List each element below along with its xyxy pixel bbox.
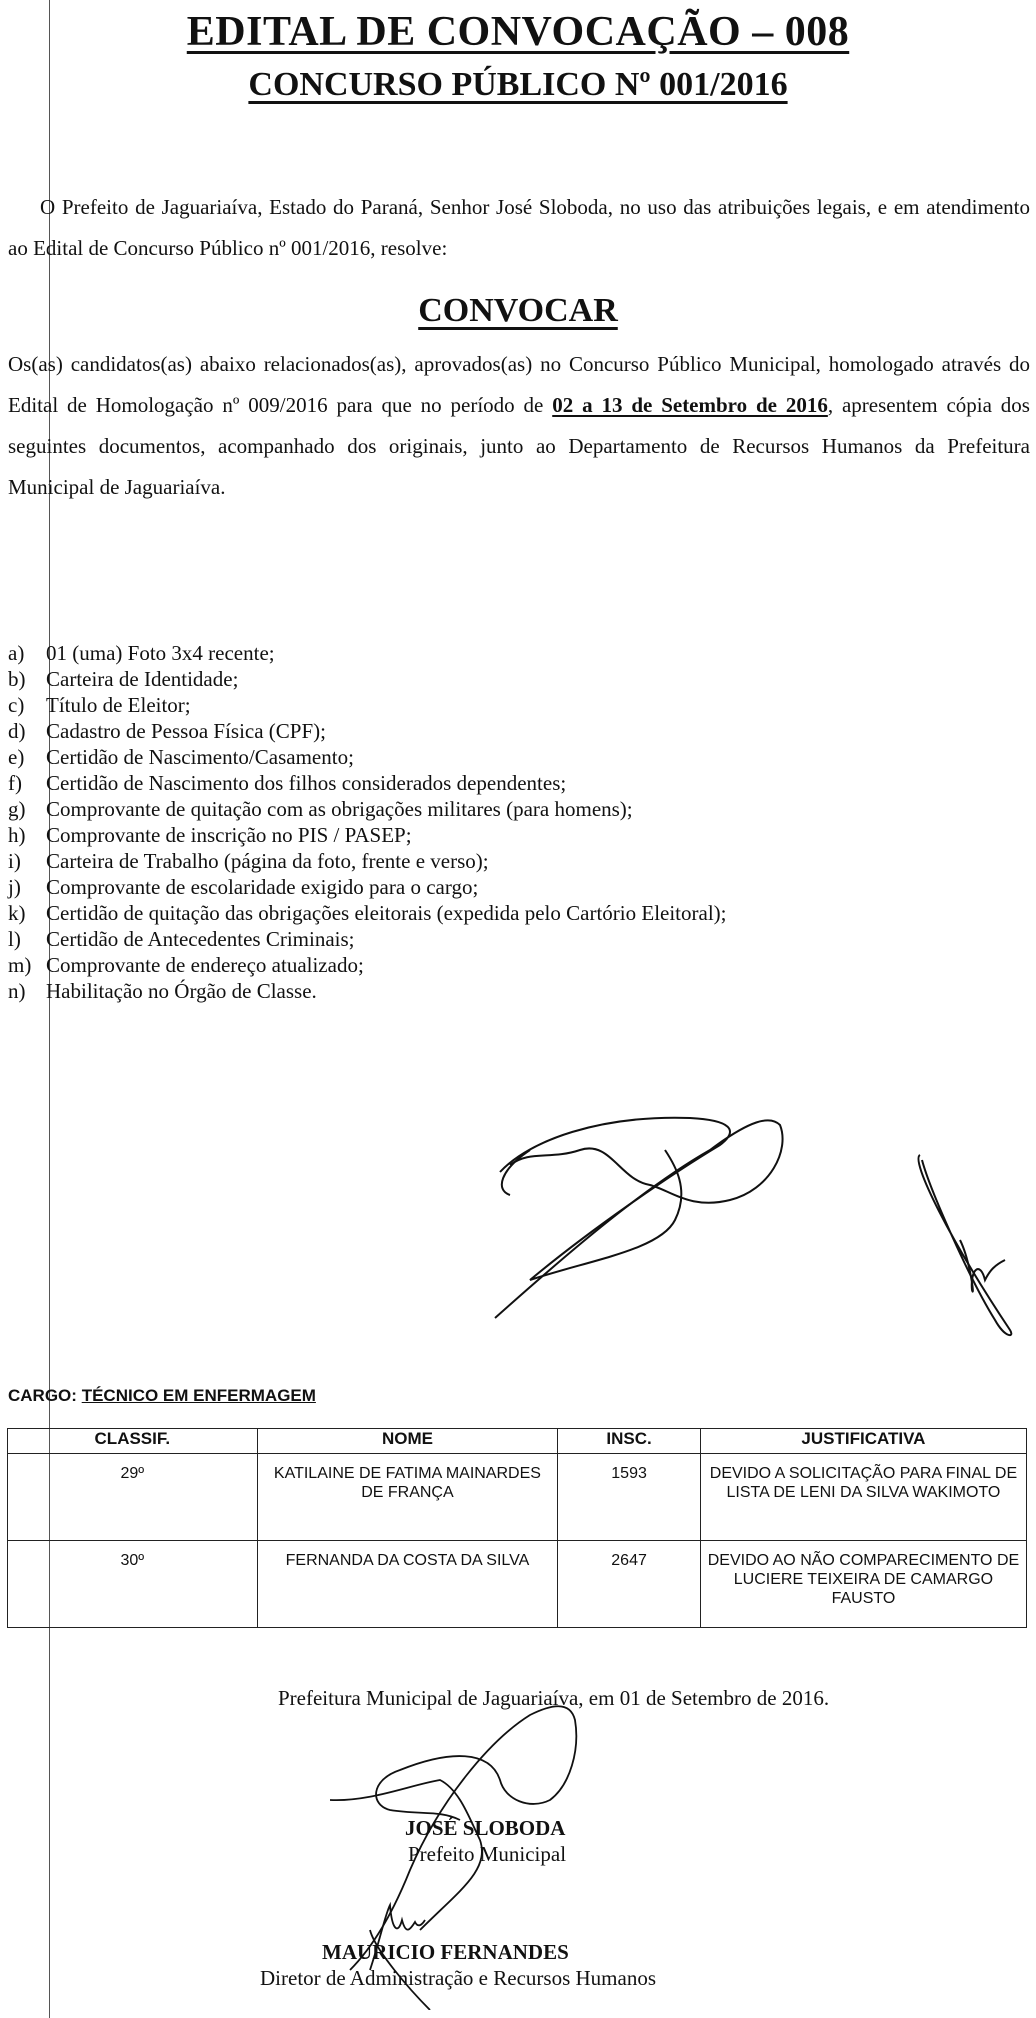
document-subtitle: CONCURSO PÚBLICO Nº 001/2016 bbox=[0, 66, 1036, 104]
signer1-role: Prefeito Municipal bbox=[408, 1842, 566, 1867]
list-item: g)Comprovante de quitação com as obrigaç… bbox=[8, 796, 727, 822]
list-item: b)Carteira de Identidade; bbox=[8, 666, 727, 692]
candidates-table: CLASSIF. NOME INSC. JUSTIFICATIVA 29º KA… bbox=[7, 1428, 1027, 1628]
list-item: m)Comprovante de endereço atualizado; bbox=[8, 952, 727, 978]
signature-mark-1 bbox=[470, 1090, 800, 1340]
signer2-name: MAURICIO FERNANDES bbox=[322, 1940, 569, 1965]
table-row: 29º KATILAINE DE FATIMA MAINARDES DE FRA… bbox=[8, 1454, 1027, 1541]
signer2-role: Diretor de Administração e Recursos Huma… bbox=[260, 1966, 656, 1991]
list-item: h)Comprovante de inscrição no PIS / PASE… bbox=[8, 822, 727, 848]
body-paragraph: Os(as) candidatos(as) abaixo relacionado… bbox=[8, 344, 1030, 508]
table-row: 30º FERNANDA DA COSTA DA SILVA 2647 DEVI… bbox=[8, 1541, 1027, 1628]
col-nome: NOME bbox=[257, 1429, 558, 1454]
list-item: l)Certidão de Antecedentes Criminais; bbox=[8, 926, 727, 952]
signature-mark-2 bbox=[910, 1150, 1020, 1340]
col-justificativa: JUSTIFICATIVA bbox=[700, 1429, 1026, 1454]
cargo-value: TÉCNICO EM ENFERMAGEM bbox=[82, 1386, 316, 1405]
period-highlight: 02 a 13 de Setembro de 2016 bbox=[552, 393, 828, 417]
list-item: e)Certidão de Nascimento/Casamento; bbox=[8, 744, 727, 770]
documents-list: a)01 (uma) Foto 3x4 recente; b)Carteira … bbox=[8, 640, 727, 1004]
list-item: d)Cadastro de Pessoa Física (CPF); bbox=[8, 718, 727, 744]
action-heading: CONVOCAR bbox=[0, 292, 1036, 330]
cargo-line: CARGO: TÉCNICO EM ENFERMAGEM bbox=[8, 1386, 316, 1406]
list-item: n)Habilitação no Órgão de Classe. bbox=[8, 978, 727, 1004]
list-item: c)Título de Eleitor; bbox=[8, 692, 727, 718]
list-item: a)01 (uma) Foto 3x4 recente; bbox=[8, 640, 727, 666]
list-item: i)Carteira de Trabalho (página da foto, … bbox=[8, 848, 727, 874]
col-insc: INSC. bbox=[558, 1429, 701, 1454]
intro-paragraph: O Prefeito de Jaguariaíva, Estado do Par… bbox=[8, 187, 1030, 269]
list-item: j)Comprovante de escolaridade exigido pa… bbox=[8, 874, 727, 900]
document-title: EDITAL DE CONVOCAÇÃO – 008 bbox=[0, 8, 1036, 56]
list-item: k)Certidão de quitação das obrigações el… bbox=[8, 900, 727, 926]
list-item: f)Certidão de Nascimento dos filhos cons… bbox=[8, 770, 727, 796]
col-classif: CLASSIF. bbox=[8, 1429, 258, 1454]
table-header-row: CLASSIF. NOME INSC. JUSTIFICATIVA bbox=[8, 1429, 1027, 1454]
signer1-name: JOSÉ SLOBODA bbox=[405, 1816, 565, 1841]
